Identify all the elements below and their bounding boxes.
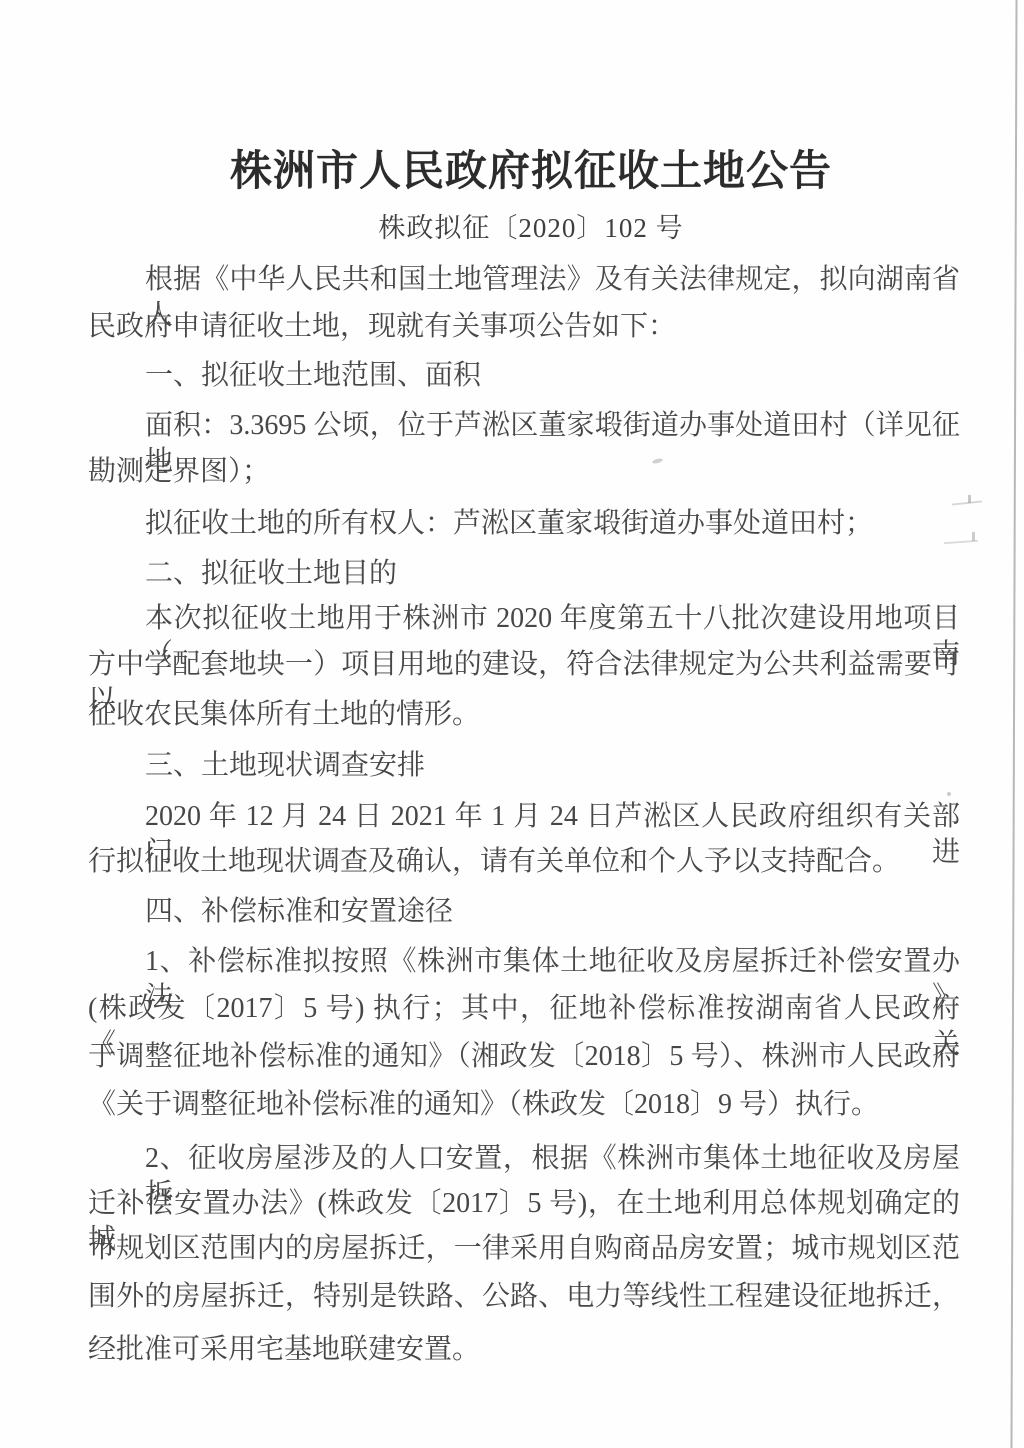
text-line: 围外的房屋拆迁，特别是铁路、公路、电力等线性工程建设征地拆迁， [88,1279,960,1315]
text-line: 民政府申请征收土地，现就有关事项公告如下： [88,309,960,345]
text-line: 征收农民集体所有土地的情形。 [88,697,960,733]
text-line: 经批准可采用宅基地联建安置。 [88,1332,960,1368]
scan-smudge-artifact [952,500,982,505]
section-heading-line: 三、土地现状调查安排 [88,748,960,784]
document-number: 株政拟征〔2020〕102 号 [36,210,1024,246]
text-line: 《关于调整征地补偿标准的通知》（株政发〔2018〕9 号）执行。 [88,1087,960,1123]
scan-speck-artifact [947,792,951,796]
scan-smudge-artifact [968,495,971,503]
section-heading-line: 二、拟征收土地目的 [88,556,960,592]
text-line: 行拟征收土地现状调查及确认，请有关单位和个人予以支持配合。 [88,844,960,880]
section-heading-line: 四、补偿标准和安置途径 [88,894,960,930]
scanned-document-page: 株洲市人民政府拟征收土地公告 株政拟征〔2020〕102 号 根据《中华人民共和… [0,0,1024,1448]
text-line: 拟征收土地的所有权人：芦淞区董家塅街道办事处道田村； [88,506,960,542]
text-line: 勘测定界图）； [88,454,960,490]
text-line: 于调整征地补偿标准的通知》（湘政发〔2018〕5 号）、株洲市人民政府 [88,1039,960,1075]
document-title: 株洲市人民政府拟征收土地公告 [36,146,1024,198]
text-line: 市规划区范围内的房屋拆迁，一律采用自购商品房安置；城市规划区范 [88,1231,960,1267]
section-heading-line: 一、拟征收土地范围、面积 [88,358,960,394]
